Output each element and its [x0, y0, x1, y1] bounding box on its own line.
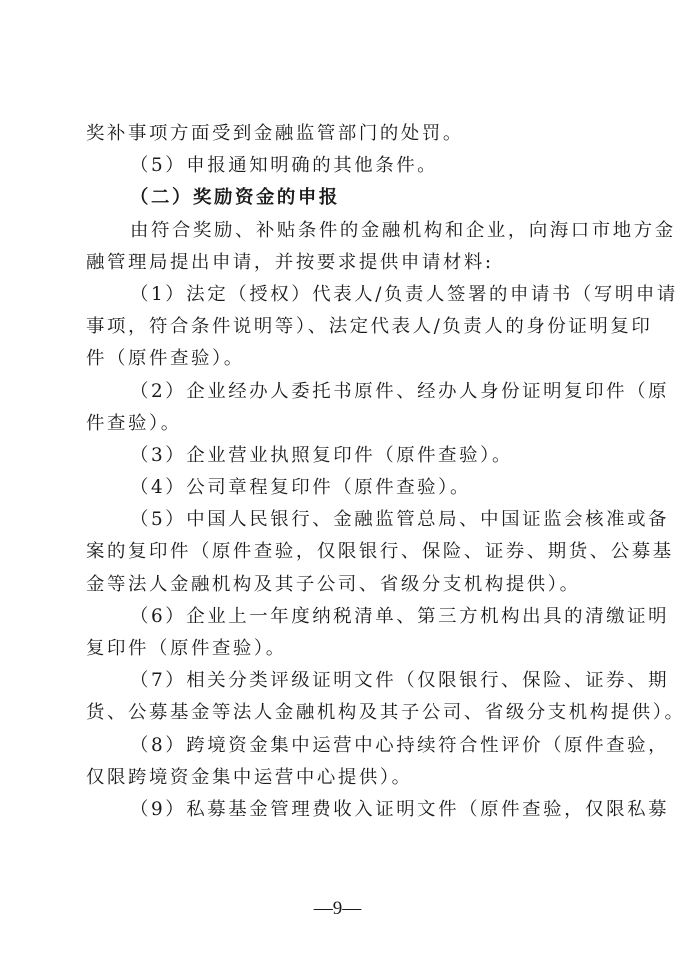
text-line: （5）申报通知明确的其他条件。	[86, 150, 598, 182]
text-line: 由符合奖励、补贴条件的金融机构和企业，向海口市地方金	[86, 215, 598, 247]
text-line: 金等法人金融机构及其子公司、省级分支机构提供）。	[86, 569, 598, 601]
text-line: 案的复印件（原件查验，仅限银行、保险、证券、期货、公募基	[86, 536, 598, 568]
document-body: 奖补事项方面受到金融监管部门的处罚。（5）申报通知明确的其他条件。（二）奖励资金…	[86, 118, 598, 826]
text-line: （6）企业上一年度纳税清单、第三方机构出具的清缴证明	[86, 601, 598, 633]
text-line: 融管理局提出申请，并按要求提供申请材料:	[86, 247, 598, 279]
page-number: —9—	[0, 898, 675, 920]
text-line: 复印件（原件查验）。	[86, 633, 598, 665]
text-line: 货、公募基金等法人金融机构及其子公司、省级分支机构提供）。	[86, 697, 598, 729]
text-line: 事项，符合条件说明等）、法定代表人/负责人的身份证明复印	[86, 311, 598, 343]
text-line: （9）私募基金管理费收入证明文件（原件查验，仅限私募	[86, 794, 598, 826]
text-line: 仅限跨境资金集中运营中心提供）。	[86, 762, 598, 794]
text-line: （7）相关分类评级证明文件（仅限银行、保险、证券、期	[86, 665, 598, 697]
text-line: 件查验）。	[86, 408, 598, 440]
text-line: （1）法定（授权）代表人/负责人签署的申请书（写明申请	[86, 279, 598, 311]
text-line: （5）中国人民银行、金融监管总局、中国证监会核准或备	[86, 504, 598, 536]
text-line: 件（原件查验）。	[86, 343, 598, 375]
section-heading: （二）奖励资金的申报	[86, 182, 598, 214]
text-line: （4）公司章程复印件（原件查验）。	[86, 472, 598, 504]
text-line: （2）企业经办人委托书原件、经办人身份证明复印件（原	[86, 376, 598, 408]
text-line: （8）跨境资金集中运营中心持续符合性评价（原件查验，	[86, 730, 598, 762]
text-line: （3）企业营业执照复印件（原件查验）。	[86, 440, 598, 472]
text-line: 奖补事项方面受到金融监管部门的处罚。	[86, 118, 598, 150]
